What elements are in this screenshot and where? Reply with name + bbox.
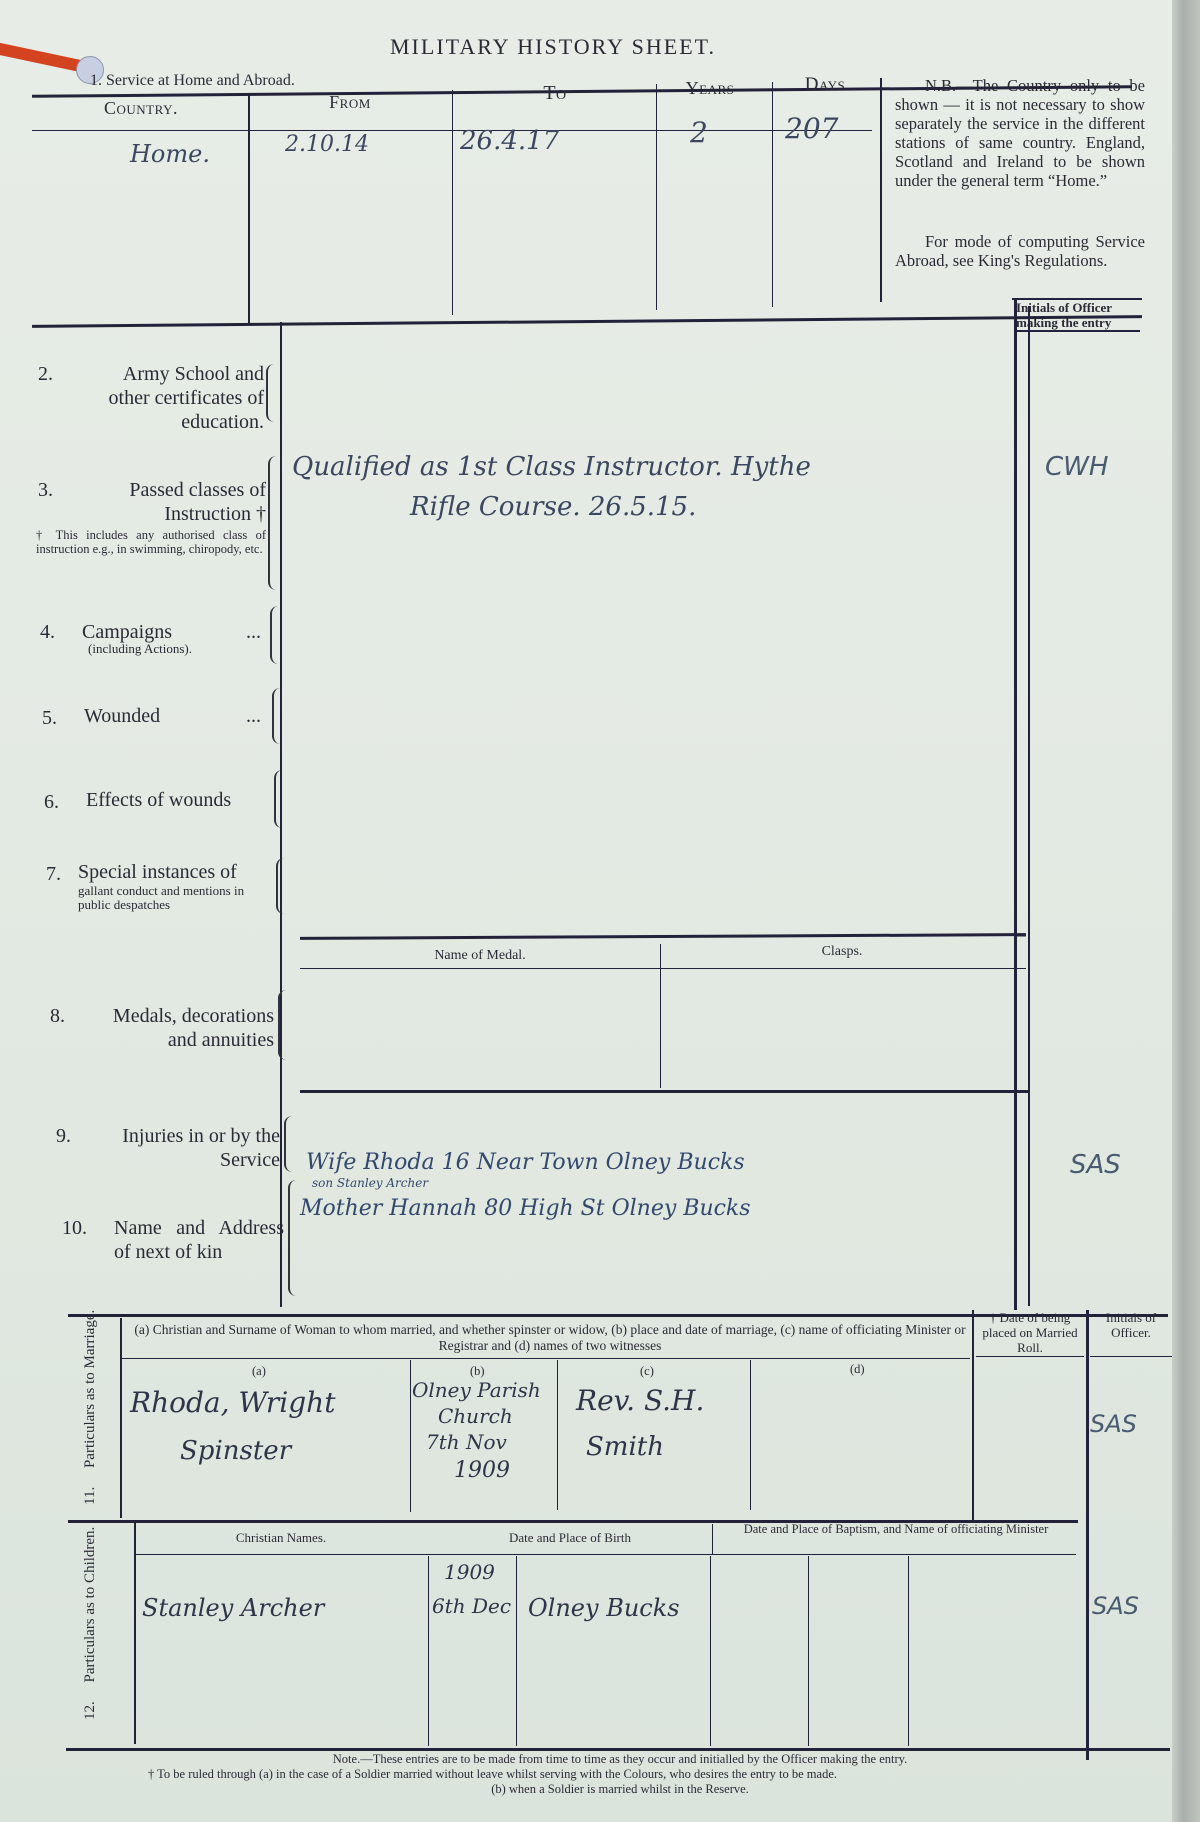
rule (32, 315, 1142, 328)
rule (976, 1356, 1084, 1357)
col-birth: Date and Place of Birth (430, 1530, 710, 1546)
marriage-initials-header: Initials of Officer. (1090, 1310, 1172, 1340)
brace (274, 770, 282, 828)
col-tag-d: (d) (850, 1362, 865, 1376)
brace (288, 1180, 296, 1296)
item-5-num: 5. (42, 706, 57, 730)
rule (656, 84, 657, 310)
item-6-label: Effects of wounds (86, 788, 231, 812)
marriage-minister-line2: Smith (586, 1432, 664, 1462)
item-4-num: 4. (40, 620, 55, 644)
instruction-entry-line2: Rifle Course. 26.5.15. (410, 492, 696, 522)
officer-initials-children: SAS (1092, 1592, 1139, 1620)
rule (66, 1748, 1170, 1751)
rule (516, 1556, 517, 1746)
brace (266, 364, 274, 422)
rule (808, 1556, 809, 1746)
children-num: 12. (82, 1701, 98, 1720)
marriage-side-text: Particulars as to Marriage. (82, 1310, 98, 1468)
marriage-year: 1909 (454, 1458, 510, 1483)
marriage-minister-line1: Rev. S.H. (576, 1384, 704, 1417)
item-9-label: Injuries in or by the Service (96, 1124, 280, 1172)
adjacent-page-edge (1172, 0, 1200, 1822)
rule (908, 1556, 909, 1746)
item-3-label: Passed classes of Instruction † (80, 478, 266, 526)
service-to: 26.4.17 (460, 126, 559, 156)
marriage-wife-name: Rhoda, Wright (130, 1386, 335, 1419)
child-name: Stanley Archer (142, 1594, 324, 1622)
rule (300, 933, 1026, 940)
rule (712, 1524, 713, 1554)
item-4-sublabel: (including Actions). (88, 642, 192, 656)
military-history-sheet: MILITARY HISTORY SHEET. 1. Service at Ho… (0, 0, 1175, 1822)
brace (268, 456, 276, 590)
col-years-header: Years (650, 78, 770, 99)
rule (710, 1556, 711, 1746)
marriage-date: 7th Nov (426, 1430, 507, 1454)
marriage-header: (a) Christian and Surname of Woman to wh… (130, 1322, 970, 1354)
rule (972, 1310, 974, 1520)
item-5-label: Wounded (84, 704, 160, 728)
rule (300, 968, 1026, 969)
child-birth-place: Olney Bucks (528, 1594, 680, 1622)
rule (1086, 1310, 1089, 1760)
rule (1090, 1356, 1172, 1357)
rule (1014, 300, 1017, 1310)
married-roll-header: † Date of being placed on Married Roll. (976, 1310, 1084, 1355)
rule (1016, 330, 1140, 332)
service-from: 2.10.14 (285, 132, 369, 157)
rule (750, 1360, 751, 1510)
brace (284, 1116, 292, 1172)
marriage-num: 11. (82, 1487, 98, 1505)
rule (880, 78, 882, 302)
item-4-dots: ... (246, 620, 261, 644)
officer-initials-marriage: SAS (1090, 1410, 1137, 1438)
initials-header: Initials of Officer making the entry (1016, 300, 1146, 330)
brace (270, 606, 278, 664)
nb-note: N.B.—The Country only to be shown — it i… (895, 76, 1145, 190)
item-8-num: 8. (50, 1004, 65, 1028)
section-1-label: 1. Service at Home and Abroad. (90, 72, 295, 90)
children-side-text: Particulars as to Children. (82, 1527, 98, 1683)
col-tag-a: (a) (252, 1364, 266, 1378)
clasps-header: Clasps. (662, 944, 1022, 960)
footer-note: Note.—These entries are to be made from … (120, 1752, 1120, 1766)
col-baptism: Date and Place of Baptism, and Name of o… (716, 1522, 1076, 1537)
rule (122, 1358, 970, 1359)
item-2-label: Army School and other certificates of ed… (78, 362, 264, 434)
medal-header: Name of Medal. (300, 948, 660, 964)
rule (772, 82, 773, 307)
instruction-entry-line1: Qualified as 1st Class Instructor. Hythe (292, 452, 811, 482)
item-7-num: 7. (46, 862, 61, 886)
col-country-header: Country. (36, 98, 246, 119)
item-10-label: Name and Address of next of kin (114, 1216, 284, 1264)
item-9-num: 9. (56, 1124, 71, 1148)
computing-note: For mode of computing Service Abroad, se… (895, 232, 1145, 270)
rule (136, 1554, 1076, 1555)
col-christian-names: Christian Names. (136, 1530, 426, 1546)
brace (278, 990, 286, 1060)
item-6-num: 6. (44, 790, 59, 814)
item-7-label: Special instances of (78, 860, 237, 884)
rule (557, 1360, 558, 1510)
rule (300, 1090, 1030, 1093)
col-to-header: To (455, 82, 655, 105)
next-of-kin-line2: Mother Hannah 80 High St Olney Bucks (300, 1196, 751, 1221)
col-tag-b: (b) (470, 1364, 485, 1378)
col-from-header: From (250, 92, 450, 113)
officer-initials-item-3: CWH (1045, 452, 1108, 482)
page-title: MILITARY HISTORY SHEET. (390, 34, 716, 60)
marriage-side-label: 11. Particulars as to Marriage. (82, 1310, 98, 1505)
brace (272, 688, 280, 744)
rule (248, 94, 250, 324)
item-7-sublabel: gallant conduct and mentions in public d… (78, 884, 274, 912)
rule (660, 944, 661, 1088)
marriage-place-line2: Church (438, 1404, 513, 1428)
officer-initials-item-10: SAS (1070, 1150, 1121, 1180)
col-tag-c: (c) (640, 1364, 654, 1378)
rule (120, 1318, 122, 1518)
rule (452, 90, 453, 315)
brace (276, 858, 284, 914)
service-country: Home. (130, 140, 210, 168)
item-2-num: 2. (38, 362, 53, 386)
item-10-num: 10. (62, 1216, 87, 1240)
footer-dagger-note: † To be ruled through (a) in the case of… (148, 1767, 1158, 1781)
next-of-kin-son: son Stanley Archer (312, 1176, 428, 1190)
rule (410, 1360, 411, 1512)
child-birth-year: 1909 (444, 1560, 495, 1584)
child-birth-date: 6th Dec (432, 1594, 511, 1618)
item-8-label: Medals, decorations and annuities (82, 1004, 274, 1052)
item-5-dots: ... (246, 704, 261, 728)
marriage-place-line1: Olney Parish (412, 1378, 541, 1402)
marriage-wife-status: Spinster (180, 1436, 291, 1466)
footer-b-note: (b) when a Soldier is married whilst in … (120, 1782, 1120, 1796)
rule (428, 1556, 429, 1746)
item-3-footnote: † This includes any authorised class of … (36, 528, 266, 556)
rule (1028, 306, 1030, 1306)
next-of-kin-line1: Wife Rhoda 16 Near Town Olney Bucks (306, 1150, 745, 1175)
children-side-label: 12. Particulars as to Children. (82, 1527, 98, 1720)
col-days-header: Days (770, 74, 880, 96)
item-3-num: 3. (38, 478, 53, 502)
rule (134, 1522, 136, 1744)
service-days: 207 (785, 112, 838, 145)
service-years: 2 (690, 116, 708, 149)
